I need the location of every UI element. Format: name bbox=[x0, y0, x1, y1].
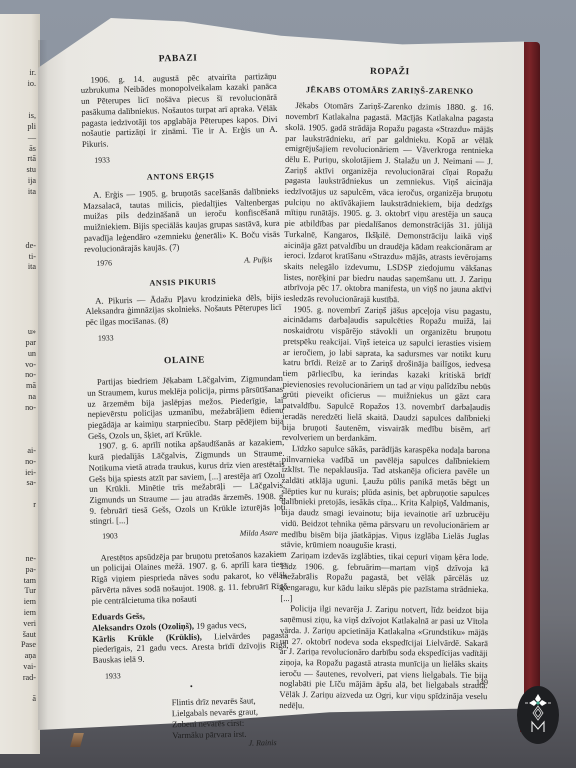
previous-page-text-fragment: pli bbox=[0, 122, 38, 133]
paragraph: Līdzko sapulce sākās, parādījās karaspēk… bbox=[281, 443, 490, 552]
previous-page-text-fragment: iem bbox=[0, 597, 38, 608]
paragraph: Zariņam izdevās izglābties, tikai cepuri… bbox=[280, 550, 489, 606]
previous-page-text-fragment: ā bbox=[0, 694, 38, 705]
poem: Flintis drīz nevarēs šaut, Lielgabals ne… bbox=[172, 695, 291, 741]
section-heading-ropazi: ROPAŽI bbox=[286, 66, 494, 79]
previous-page-text-fragment: pa- bbox=[0, 565, 38, 576]
previous-page-text-fragment: ita bbox=[0, 187, 38, 198]
previous-page-text-fragment: ne- bbox=[0, 554, 38, 565]
previous-page-text-fragment: no- bbox=[0, 403, 38, 414]
paragraph: Policija ilgi nevarēja J. Zariņu notvert… bbox=[279, 603, 488, 712]
year-author-line: 1903 Milda Asare bbox=[102, 528, 286, 543]
paragraph: 1907. g. 6. aprīlī notika apšaudīšanās a… bbox=[88, 437, 286, 527]
ornament-icon bbox=[517, 686, 559, 744]
year-author-line: 1976 A. Puļķis bbox=[96, 255, 280, 270]
year-label: 1903 bbox=[102, 531, 118, 542]
previous-page-text-fragment: vo- bbox=[0, 360, 38, 371]
previous-page-text-fragment: vai- bbox=[0, 662, 38, 673]
previous-page-text-fragment: iem bbox=[0, 608, 38, 619]
previous-page-text-fragment: aņa bbox=[0, 651, 38, 662]
previous-page-text-fragment: ija bbox=[0, 176, 38, 187]
previous-page-text-fragment: veri bbox=[0, 619, 38, 630]
poem-author: J. Rainis bbox=[94, 738, 276, 753]
bookmark-ribbon bbox=[70, 733, 84, 747]
previous-page-text-fragment: ir. bbox=[0, 68, 38, 79]
previous-page-text-fragment: sa- bbox=[0, 478, 38, 489]
section-heading-pabazi: PABAZI bbox=[80, 52, 276, 67]
previous-page-text-fragment: tam bbox=[0, 576, 38, 587]
section-heading-olaine: OLAINE bbox=[86, 354, 282, 369]
year-label: 1933 bbox=[98, 330, 282, 345]
subheading-zarins-zarenko: JĒKABS OTOMĀRS ZARIŅŠ-ZARENKO bbox=[286, 85, 494, 98]
previous-page-text-fragment: ās bbox=[0, 144, 38, 155]
previous-page-text-fragment: stu bbox=[0, 165, 38, 176]
paragraph: A. Pikuris — Ādažu Pļavu krodzinieka dēl… bbox=[85, 291, 282, 327]
previous-page-text-fragment: de- bbox=[0, 241, 38, 252]
previous-page-text-fragment: u» bbox=[0, 327, 38, 338]
previous-page-text-fragment: r bbox=[0, 500, 38, 511]
paragraph: 1905. g. novembrī Zariņš jāšus apceļoja … bbox=[282, 304, 491, 445]
paragraph: A. Erģis — 1905. g. bruņotās sacelšanās … bbox=[83, 186, 280, 254]
previous-page-text-fragment: no- bbox=[0, 457, 38, 468]
section-heading-ansis-pikuris: ANSIS PIKURIS bbox=[85, 276, 281, 291]
paragraph: Arestētos apsūdzēja par bruņotu pretošan… bbox=[90, 549, 287, 607]
year-label: 1976 bbox=[96, 259, 112, 270]
previous-page-text-fragment: rtā bbox=[0, 154, 38, 165]
page-number: 149 bbox=[476, 678, 488, 687]
year-label: 1933 bbox=[94, 151, 278, 166]
previous-page-text-fragment: is, bbox=[0, 111, 38, 122]
previous-page-text-fragment: — bbox=[0, 133, 38, 144]
previous-page-text-fragment: ti- bbox=[0, 252, 38, 263]
previous-page-text-fragment: Tur bbox=[0, 586, 38, 597]
previous-page-text-fragment: ai- bbox=[0, 446, 38, 457]
previous-page-text-fragment: par bbox=[0, 338, 38, 349]
watermark-logo: M bbox=[517, 686, 559, 744]
author-signature: Milda Asare bbox=[240, 528, 279, 540]
previous-page-text-fragment: iei- bbox=[0, 468, 38, 479]
paragraph: Partijas biedriem Jēkabam Lāčgalvim, Zig… bbox=[87, 373, 284, 441]
executed-names-list: Eduards Gešs, Aleksandrs Ozols (Ozoliņš)… bbox=[92, 608, 289, 666]
paragraph: Jēkabs Otomārs Zariņš-Zarenko dzimis 188… bbox=[283, 100, 493, 306]
previous-page-text-fragment: rad- bbox=[0, 673, 38, 684]
previous-page-text-fragment: ita bbox=[0, 262, 38, 273]
previous-page-edge: ir.io.is,pli—āsrtāstuijaitade-ti-itau»pa… bbox=[0, 14, 40, 754]
previous-page-text-fragment: šaut bbox=[0, 630, 38, 641]
gutter-shadow bbox=[38, 40, 48, 730]
previous-page-text-fragment: mā bbox=[0, 381, 38, 392]
previous-page-text-fragment: io. bbox=[0, 79, 38, 90]
author-signature: A. Puļķis bbox=[244, 255, 272, 266]
name-entry: Kārlis Krūkle (Krūklis), Lielvārdes paga… bbox=[92, 629, 289, 665]
previous-page-text-fragment: no- bbox=[0, 370, 38, 381]
previous-page-text-fragment: na bbox=[0, 392, 38, 403]
paragraph: 1906. g. 14. augustā pēc atvairīta parti… bbox=[80, 71, 278, 150]
left-column: PABAZI 1906. g. 14. augustā pēc atvairīt… bbox=[80, 48, 291, 753]
separator-dot: • bbox=[93, 680, 289, 695]
previous-page-text-fragment: un bbox=[0, 349, 38, 360]
section-heading-antons-ergis: ANTONS ERĢIS bbox=[83, 170, 279, 185]
previous-page-text-fragment: Pase bbox=[0, 640, 38, 651]
right-column: ROPAŽI JĒKABS OTOMĀRS ZARIŅŠ-ZARENKO Jēk… bbox=[279, 62, 494, 713]
